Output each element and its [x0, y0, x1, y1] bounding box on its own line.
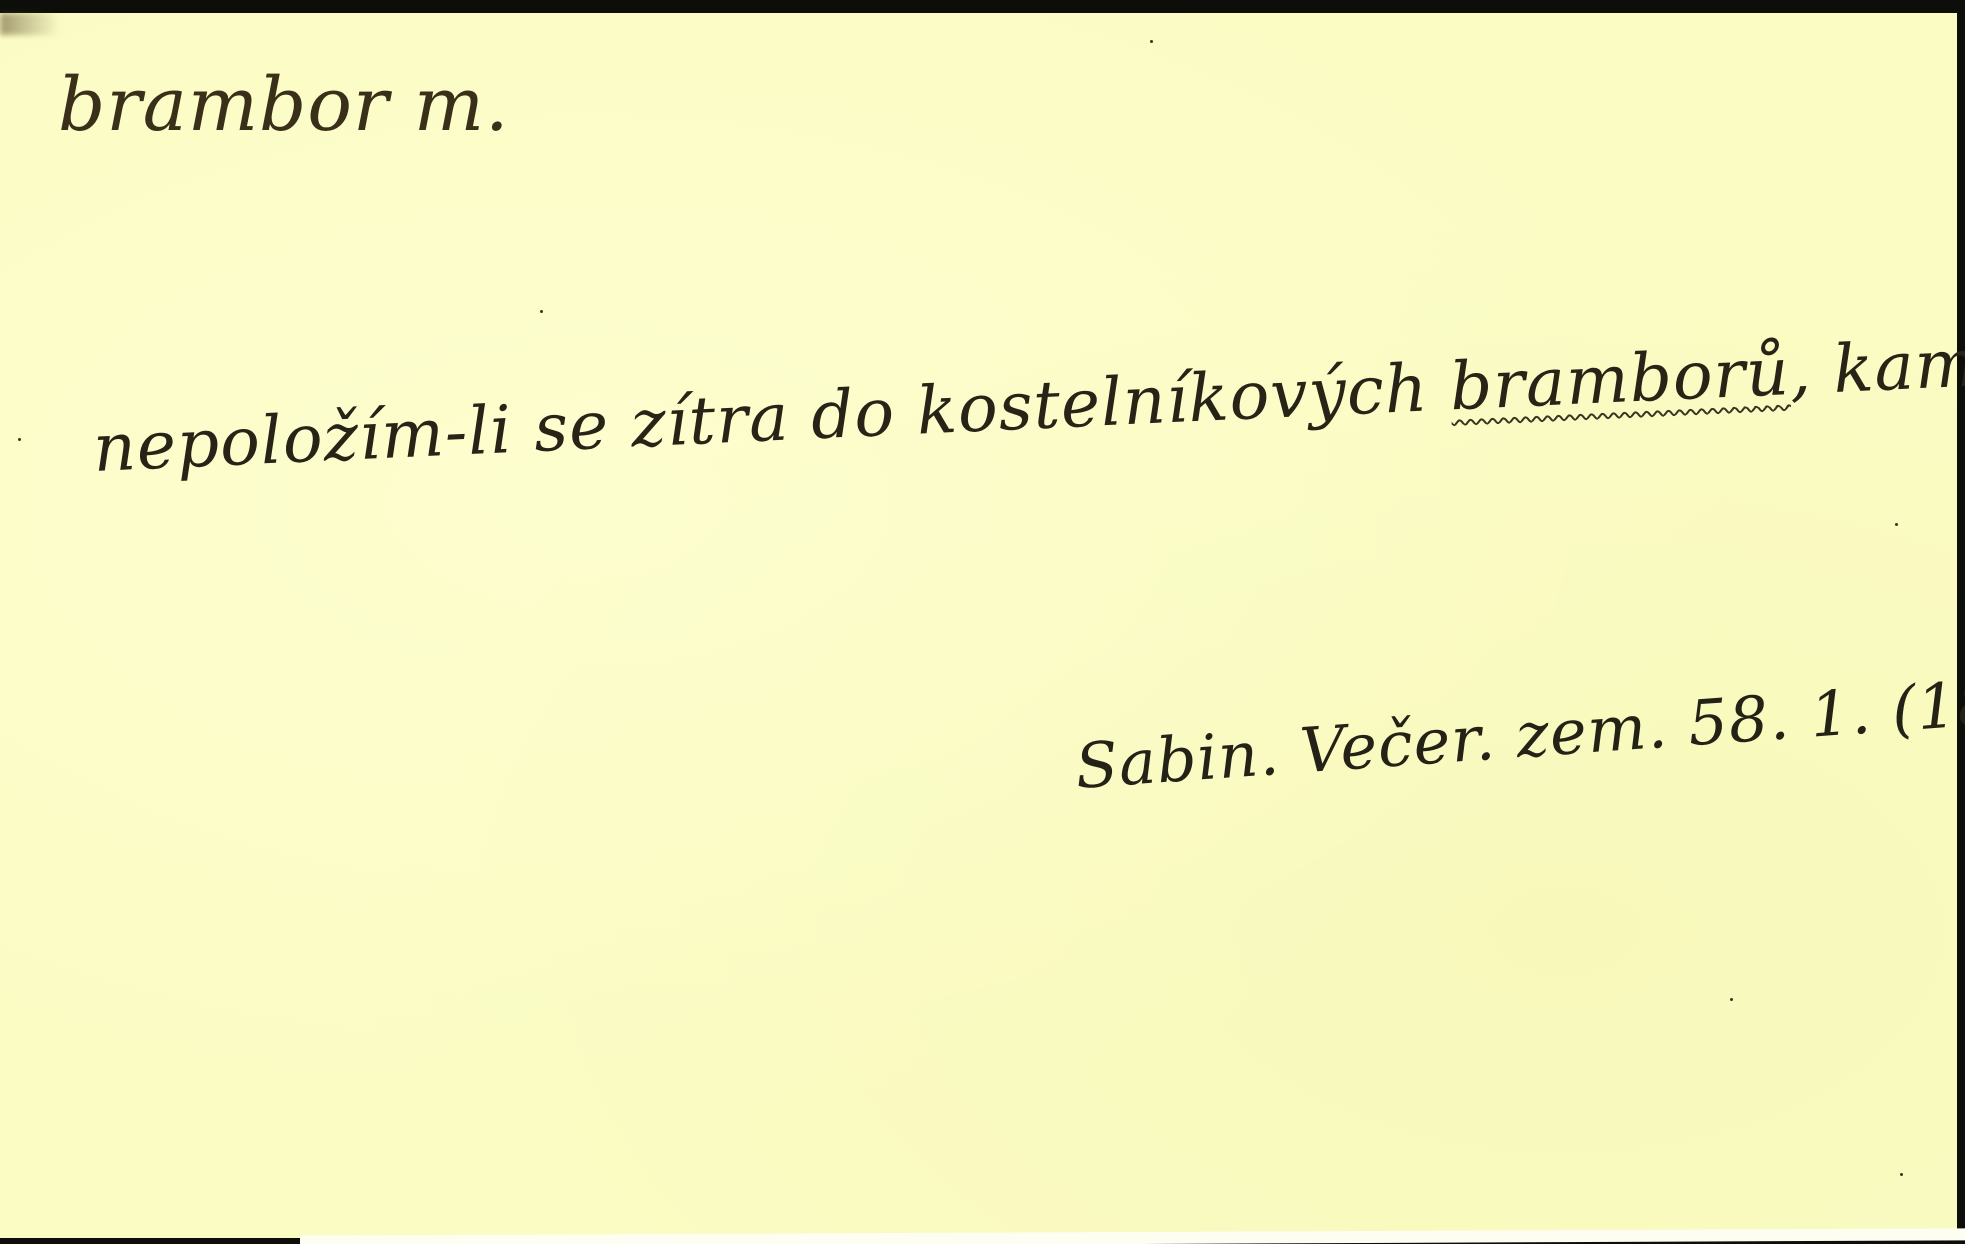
- quote-text-after: , kam..: [1788, 322, 1965, 409]
- index-card: [0, 13, 1957, 1238]
- quote-highlighted-word: bramborů: [1448, 333, 1791, 425]
- scanned-card-image: brambor m. nepoložím-li se zítra do kost…: [0, 0, 1965, 1244]
- ink-speck: [18, 438, 21, 441]
- headword: brambor m.: [58, 62, 510, 148]
- ink-speck: [1900, 1173, 1903, 1176]
- ink-speck: [540, 310, 543, 313]
- ink-speck: [1895, 523, 1898, 526]
- ink-speck: [1150, 40, 1153, 43]
- card-corner-shadow: [0, 13, 60, 35]
- ink-speck: [1730, 998, 1733, 1001]
